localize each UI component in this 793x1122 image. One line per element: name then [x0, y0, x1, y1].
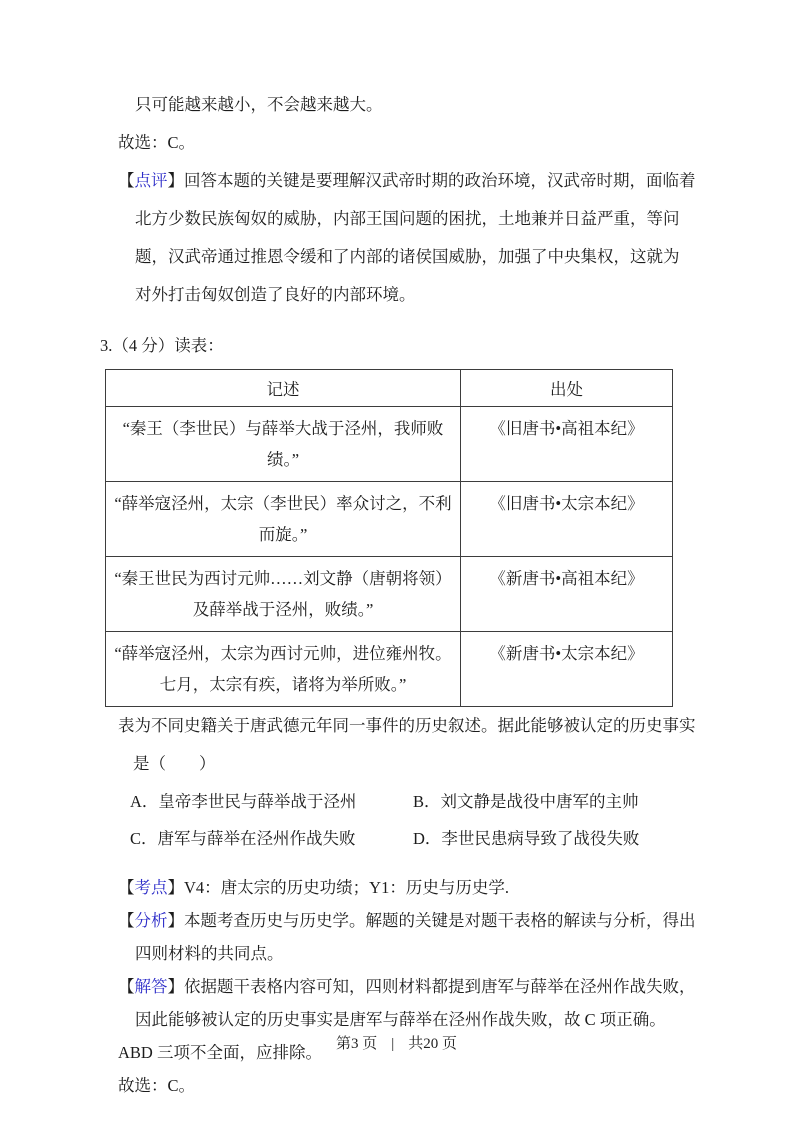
record-cell: “秦王世民为西讨元帅……刘文静（唐朝将领）及薛举战于泾州，败绩。”	[106, 557, 461, 632]
kaodian-line: 【考点】V4：唐太宗的历史功绩；Y1：历史与历史学.	[118, 871, 733, 904]
kaodian-label: 考点	[135, 878, 168, 897]
source-cell: 《新唐书•太宗本纪》	[461, 632, 673, 707]
table-row: “薛举寇泾州，太宗为西讨元帅，进位雍州牧。七月，太宗有疾，诸将为举所败。” 《新…	[106, 632, 673, 707]
bracket-open: 【	[118, 171, 135, 190]
bracket-close: 】	[168, 911, 185, 930]
table-row: “薛举寇泾州，太宗（李世民）率众讨之，不利而旋。” 《旧唐书•太宗本纪》	[106, 482, 673, 557]
record-cell: “薛举寇泾州，太宗（李世民）率众讨之，不利而旋。”	[106, 482, 461, 557]
answer-section: 【考点】V4：唐太宗的历史功绩；Y1：历史与历史学. 【分析】本题考查历史与历史…	[118, 871, 733, 1102]
prev-answer-tail: 只可能越来越小，不会越来越大。	[118, 86, 733, 124]
question-stem-line-1: 表为不同史籍关于唐武德元年同一事件的历史叙述。据此能够被认定的历史事实	[118, 707, 733, 745]
source-cell: 《旧唐书•高祖本纪》	[461, 407, 673, 482]
option-b-text: 刘文静是战役中唐军的主帅	[441, 792, 639, 811]
bracket-close: 】	[168, 878, 185, 897]
jieda-line-1: 【解答】依据题干表格内容可知，四则材料都提到唐军与薛举在泾州作战失败，	[118, 970, 733, 1003]
final-choice-line: 故选：C。	[118, 1069, 733, 1102]
comment-line-1: 【点评】回答本题的关键是要理解汉武帝时期的政治环境，汉武帝时期，面临着	[118, 162, 733, 200]
option-b-label: B．	[413, 792, 441, 811]
jieda-text: 依据题干表格内容可知，四则材料都提到唐军与薛举在泾州作战失败，	[184, 977, 696, 996]
footer-page-number: 第3 页	[336, 1036, 377, 1052]
footer-page-total: 共20 页	[408, 1036, 457, 1052]
option-d: D．李世民患病导致了战役失败	[413, 820, 733, 857]
comment-label: 点评	[135, 171, 168, 190]
bracket-close: 】	[168, 977, 185, 996]
record-cell: “薛举寇泾州，太宗为西讨元帅，进位雍州牧。七月，太宗有疾，诸将为举所败。”	[106, 632, 461, 707]
comment-line-4: 对外打击匈奴创造了良好的内部环境。	[118, 276, 733, 314]
fenxi-line-2: 四则材料的共同点。	[118, 937, 733, 970]
bracket-open: 【	[118, 878, 135, 897]
document-page: 只可能越来越小，不会越来越大。 故选：C。 【点评】回答本题的关键是要理解汉武帝…	[0, 0, 793, 1122]
page-footer: 第3 页|共20 页	[0, 1032, 793, 1053]
option-a: A．皇帝李世民与薛举战于泾州	[130, 783, 413, 820]
option-d-text: 李世民患病导致了战役失败	[441, 829, 639, 848]
option-c-text: 唐军与薛举在泾州作战失败	[158, 829, 356, 848]
prev-answer-choice: 故选：C。	[118, 124, 733, 162]
option-d-label: D．	[413, 829, 441, 848]
fenxi-label: 分析	[135, 911, 168, 930]
table-row: “秦王世民为西讨元帅……刘文静（唐朝将领）及薛举战于泾州，败绩。” 《新唐书•高…	[106, 557, 673, 632]
option-c: C．唐军与薛举在泾州作战失败	[130, 820, 413, 857]
record-cell: “秦王（李世民）与薛举大战于泾州，我师败绩。”	[106, 407, 461, 482]
question-stem-line-2: 是（ ）	[118, 745, 733, 783]
page-content: 只可能越来越小，不会越来越大。 故选：C。 【点评】回答本题的关键是要理解汉武帝…	[0, 0, 793, 1102]
bracket-open: 【	[118, 911, 135, 930]
source-cell: 《旧唐书•太宗本纪》	[461, 482, 673, 557]
question-heading: 3.（4 分）读表：	[100, 327, 733, 365]
fenxi-text: 本题考查历史与历史学。解题的关键是对题干表格的解读与分析，得出	[184, 911, 696, 930]
option-b: B．刘文静是战役中唐军的主帅	[413, 783, 733, 820]
bracket-close: 】	[168, 171, 185, 190]
comment-line-3: 题，汉武帝通过推恩令缓和了内部的诸侯国威胁，加强了中央集权，这就为	[118, 238, 733, 276]
source-cell: 《新唐书•高祖本纪》	[461, 557, 673, 632]
column-header-source: 出处	[461, 370, 673, 407]
comment-text: 回答本题的关键是要理解汉武帝时期的政治环境，汉武帝时期，面临着	[184, 171, 696, 190]
column-header-record: 记述	[106, 370, 461, 407]
option-a-text: 皇帝李世民与薛举战于泾州	[158, 792, 356, 811]
comment-line-2: 北方少数民族匈奴的威胁，内部王国问题的困扰，土地兼并日益严重，等问	[118, 200, 733, 238]
comment-section: 【点评】回答本题的关键是要理解汉武帝时期的政治环境，汉武帝时期，面临着 北方少数…	[118, 162, 733, 314]
option-c-label: C．	[130, 829, 158, 848]
bracket-open: 【	[118, 977, 135, 996]
table-header-row: 记述 出处	[106, 370, 673, 407]
table-row: “秦王（李世民）与薛举大战于泾州，我师败绩。” 《旧唐书•高祖本纪》	[106, 407, 673, 482]
kaodian-text: V4：唐太宗的历史功绩；Y1：历史与历史学.	[184, 878, 509, 897]
fenxi-line-1: 【分析】本题考查历史与历史学。解题的关键是对题干表格的解读与分析，得出	[118, 904, 733, 937]
option-a-label: A．	[130, 792, 158, 811]
jieda-label: 解答	[135, 977, 168, 996]
options-grid: A．皇帝李世民与薛举战于泾州 B．刘文静是战役中唐军的主帅 C．唐军与薛举在泾州…	[118, 783, 733, 857]
footer-separator: |	[391, 1036, 394, 1053]
source-table: 记述 出处 “秦王（李世民）与薛举大战于泾州，我师败绩。” 《旧唐书•高祖本纪》…	[105, 369, 673, 707]
